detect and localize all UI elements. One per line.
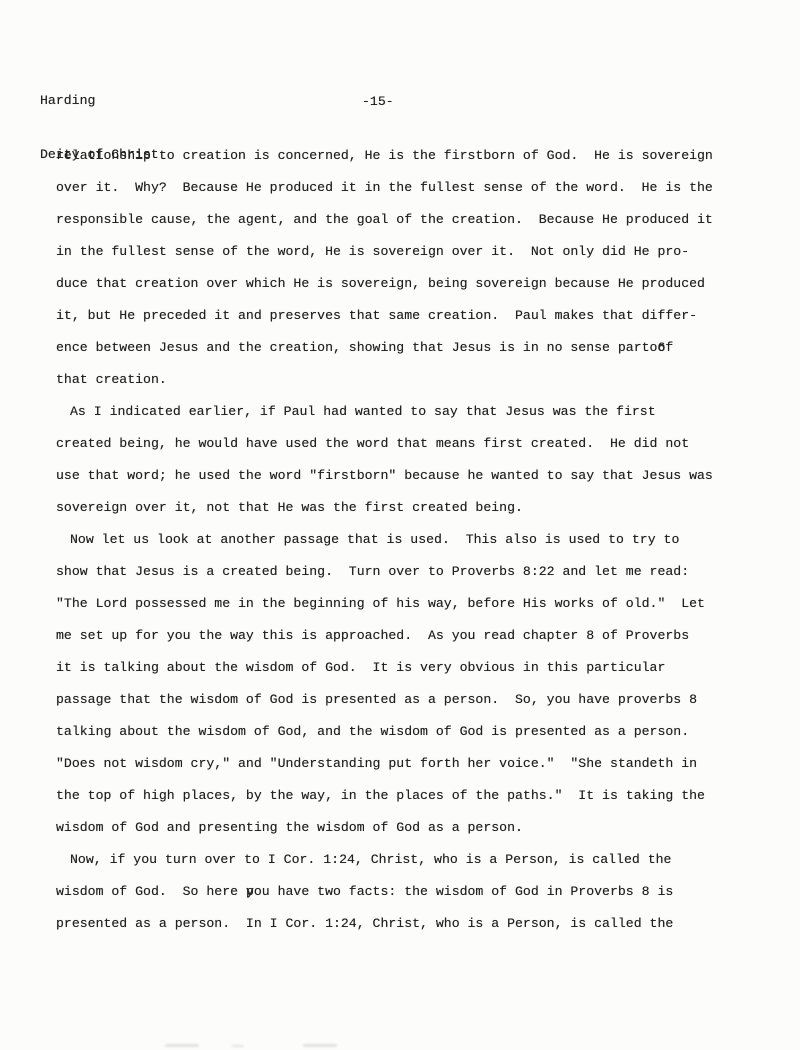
scan-artifact — [165, 1044, 199, 1047]
typed-text-segment: ou have two facts: the wisdom of God in … — [254, 884, 673, 899]
typed-text-segment: ence between Jesus and the creation, sho… — [56, 340, 657, 355]
typed-line-with-overstrike: wisdom of God. So here ypou have two fac… — [56, 876, 746, 908]
overstrike-top-char: 6 — [657, 332, 665, 364]
typed-line: passage that the wisdom of God is presen… — [56, 684, 746, 716]
typed-line: use that word; he used the word "firstbo… — [56, 460, 746, 492]
overstrike-yp: yp — [246, 876, 254, 908]
scan-artifact — [232, 1045, 244, 1047]
typed-line: me set up for you the way this is approa… — [56, 620, 746, 652]
typed-line: created being, he would have used the wo… — [56, 428, 746, 460]
typed-line: sovereign over it, not that He was the f… — [56, 492, 746, 524]
typed-line: the top of high places, by the way, in t… — [56, 780, 746, 812]
typed-line: presented as a person. In I Cor. 1:24, C… — [56, 908, 746, 940]
typed-text-segment: wisdom of God. So here — [56, 884, 246, 899]
typed-text-segment: f — [665, 340, 673, 355]
header-author: Harding — [40, 92, 159, 110]
document-page: Harding Deity of Christ -15- relationshi… — [0, 0, 800, 1050]
typed-line-with-overstrike: ence between Jesus and the creation, sho… — [56, 332, 746, 364]
overstrike-o6: o6 — [657, 332, 665, 364]
typed-line: "Does not wisdom cry," and "Understandin… — [56, 748, 746, 780]
typed-line: show that Jesus is a created being. Turn… — [56, 556, 746, 588]
typed-line: Now let us look at another passage that … — [56, 524, 746, 556]
typed-line: in the fullest sense of the word, He is … — [56, 236, 746, 268]
typed-line: wisdom of God and presenting the wisdom … — [56, 812, 746, 844]
typed-line: responsible cause, the agent, and the go… — [56, 204, 746, 236]
typed-line: duce that creation over which He is sove… — [56, 268, 746, 300]
typed-line: As I indicated earlier, if Paul had want… — [56, 396, 746, 428]
scan-artifact — [303, 1044, 337, 1047]
overstrike-top-char: p — [246, 876, 254, 908]
typed-line: "The Lord possessed me in the beginning … — [56, 588, 746, 620]
typed-line: Now, if you turn over to I Cor. 1:24, Ch… — [56, 844, 746, 876]
typed-line: over it. Why? Because He produced it in … — [56, 172, 746, 204]
typed-body: relationship to creation is concerned, H… — [56, 140, 746, 940]
typed-line: it, but He preceded it and preserves tha… — [56, 300, 746, 332]
typed-line: that creation. — [56, 364, 746, 396]
page-number: -15- — [362, 95, 394, 109]
typed-line: relationship to creation is concerned, H… — [56, 140, 746, 172]
typed-line: talking about the wisdom of God, and the… — [56, 716, 746, 748]
typed-line: it is talking about the wisdom of God. I… — [56, 652, 746, 684]
